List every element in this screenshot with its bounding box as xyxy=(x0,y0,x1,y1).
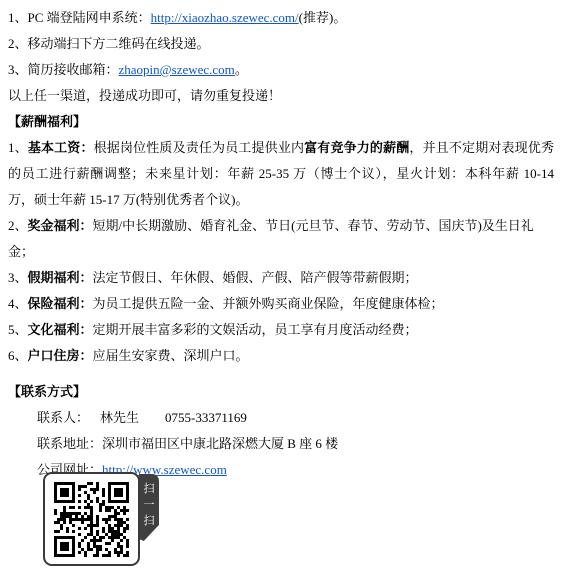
channel-item-mobile: 2、移动端扫下方二维码在线投递。 xyxy=(8,31,553,57)
benefit-housing-text: 应届生安家费、深圳户口。 xyxy=(93,348,249,363)
benefit-insurance-num: 4、 xyxy=(8,296,28,311)
benefit-insurance-label: 保险福利： xyxy=(28,296,93,311)
benefit-bonus-label: 奖金福利： xyxy=(28,218,93,233)
channel-item-pc-prefix: 1、PC 端登陆网申系统： xyxy=(8,10,151,25)
scan-char-2: 一 xyxy=(144,497,155,513)
scan-char-3: 扫 xyxy=(144,513,155,529)
contact-address-label: 联系地址： xyxy=(37,436,102,451)
channel-item-pc: 1、PC 端登陆网申系统：http://xiaozhao.szewec.com/… xyxy=(8,5,553,31)
scan-char-1: 扫 xyxy=(144,481,155,497)
benefits-heading: 【薪酬福利】 xyxy=(8,109,553,135)
scan-label-tab: 扫 一 扫 xyxy=(139,474,159,541)
benefit-salary-num: 1、 xyxy=(8,140,28,155)
benefit-culture-label: 文化福利： xyxy=(28,322,93,337)
benefit-holiday-num: 3、 xyxy=(8,270,28,285)
channel-item-pc-suffix: (推荐)。 xyxy=(299,10,347,25)
contact-heading: 【联系方式】 xyxy=(8,379,553,405)
contact-address-line: 联系地址：深圳市福田区中康北路深燃大厦 B 座 6 楼 xyxy=(8,431,553,457)
benefit-salary-text1: 根据岗位性质及责任为员工提供业内 xyxy=(94,140,305,155)
benefit-holiday-label: 假期福利： xyxy=(28,270,93,285)
benefit-culture-num: 5、 xyxy=(8,322,28,337)
benefit-item-housing: 6、户口住房：应届生安家费、深圳户口。 xyxy=(8,343,553,369)
contact-person-label: 联系人： xyxy=(37,410,89,425)
channel-item-email: 3、简历接收邮箱：zhaopin@szewec.com。 xyxy=(8,57,553,83)
channel-note: 以上任一渠道，投递成功即可，请勿重复投递！ xyxy=(8,83,553,109)
benefit-item-insurance: 4、保险福利：为员工提供五险一金、并额外购买商业保险，年度健康体检； xyxy=(8,291,553,317)
qr-code xyxy=(43,472,140,566)
benefit-item-salary: 1、基本工资：根据岗位性质及责任为员工提供业内富有竞争力的薪酬，并且不定期对表现… xyxy=(8,135,554,213)
channel-item-email-suffix: 。 xyxy=(235,62,248,77)
recruitment-document: 1、PC 端登陆网申系统：http://xiaozhao.szewec.com/… xyxy=(0,0,561,483)
contact-person-name: 林先生 xyxy=(100,410,139,425)
resume-email-link[interactable]: zhaopin@szewec.com xyxy=(119,62,235,77)
benefit-culture-text: 定期开展丰富多彩的文娱活动，员工享有月度活动经费； xyxy=(93,322,418,337)
benefit-salary-label: 基本工资： xyxy=(28,140,94,155)
benefit-item-culture: 5、文化福利：定期开展丰富多彩的文娱活动，员工享有月度活动经费； xyxy=(8,317,553,343)
channel-item-email-prefix: 3、简历接收邮箱： xyxy=(8,62,119,77)
benefit-housing-num: 6、 xyxy=(8,348,28,363)
qr-code-image xyxy=(54,482,129,557)
benefit-holiday-text: 法定节假日、年休假、婚假、产假、陪产假等带薪假期； xyxy=(93,270,418,285)
benefit-insurance-text: 为员工提供五险一金、并额外购买商业保险，年度健康体检； xyxy=(93,296,444,311)
benefit-item-bonus: 2、奖金福利：短期/中长期激励、婚育礼金、节日(元旦节、春节、劳动节、国庆节)及… xyxy=(8,213,553,265)
contact-section: 【联系方式】 联系人：林先生0755-33371169 联系地址：深圳市福田区中… xyxy=(8,379,553,483)
benefit-housing-label: 户口住房： xyxy=(28,348,93,363)
benefit-salary-bold-phrase: 富有竞争力的薪酬 xyxy=(304,140,409,155)
qr-code-area: 扫 一 扫 xyxy=(43,472,173,568)
benefit-bonus-num: 2、 xyxy=(8,218,28,233)
apply-system-link[interactable]: http://xiaozhao.szewec.com/ xyxy=(151,10,299,25)
contact-address-value: 深圳市福田区中康北路深燃大厦 B 座 6 楼 xyxy=(102,436,338,451)
contact-person-line: 联系人：林先生0755-33371169 xyxy=(8,405,553,431)
benefit-item-holiday: 3、假期福利：法定节假日、年休假、婚假、产假、陪产假等带薪假期； xyxy=(8,265,553,291)
contact-person-phone: 0755-33371169 xyxy=(165,410,247,425)
